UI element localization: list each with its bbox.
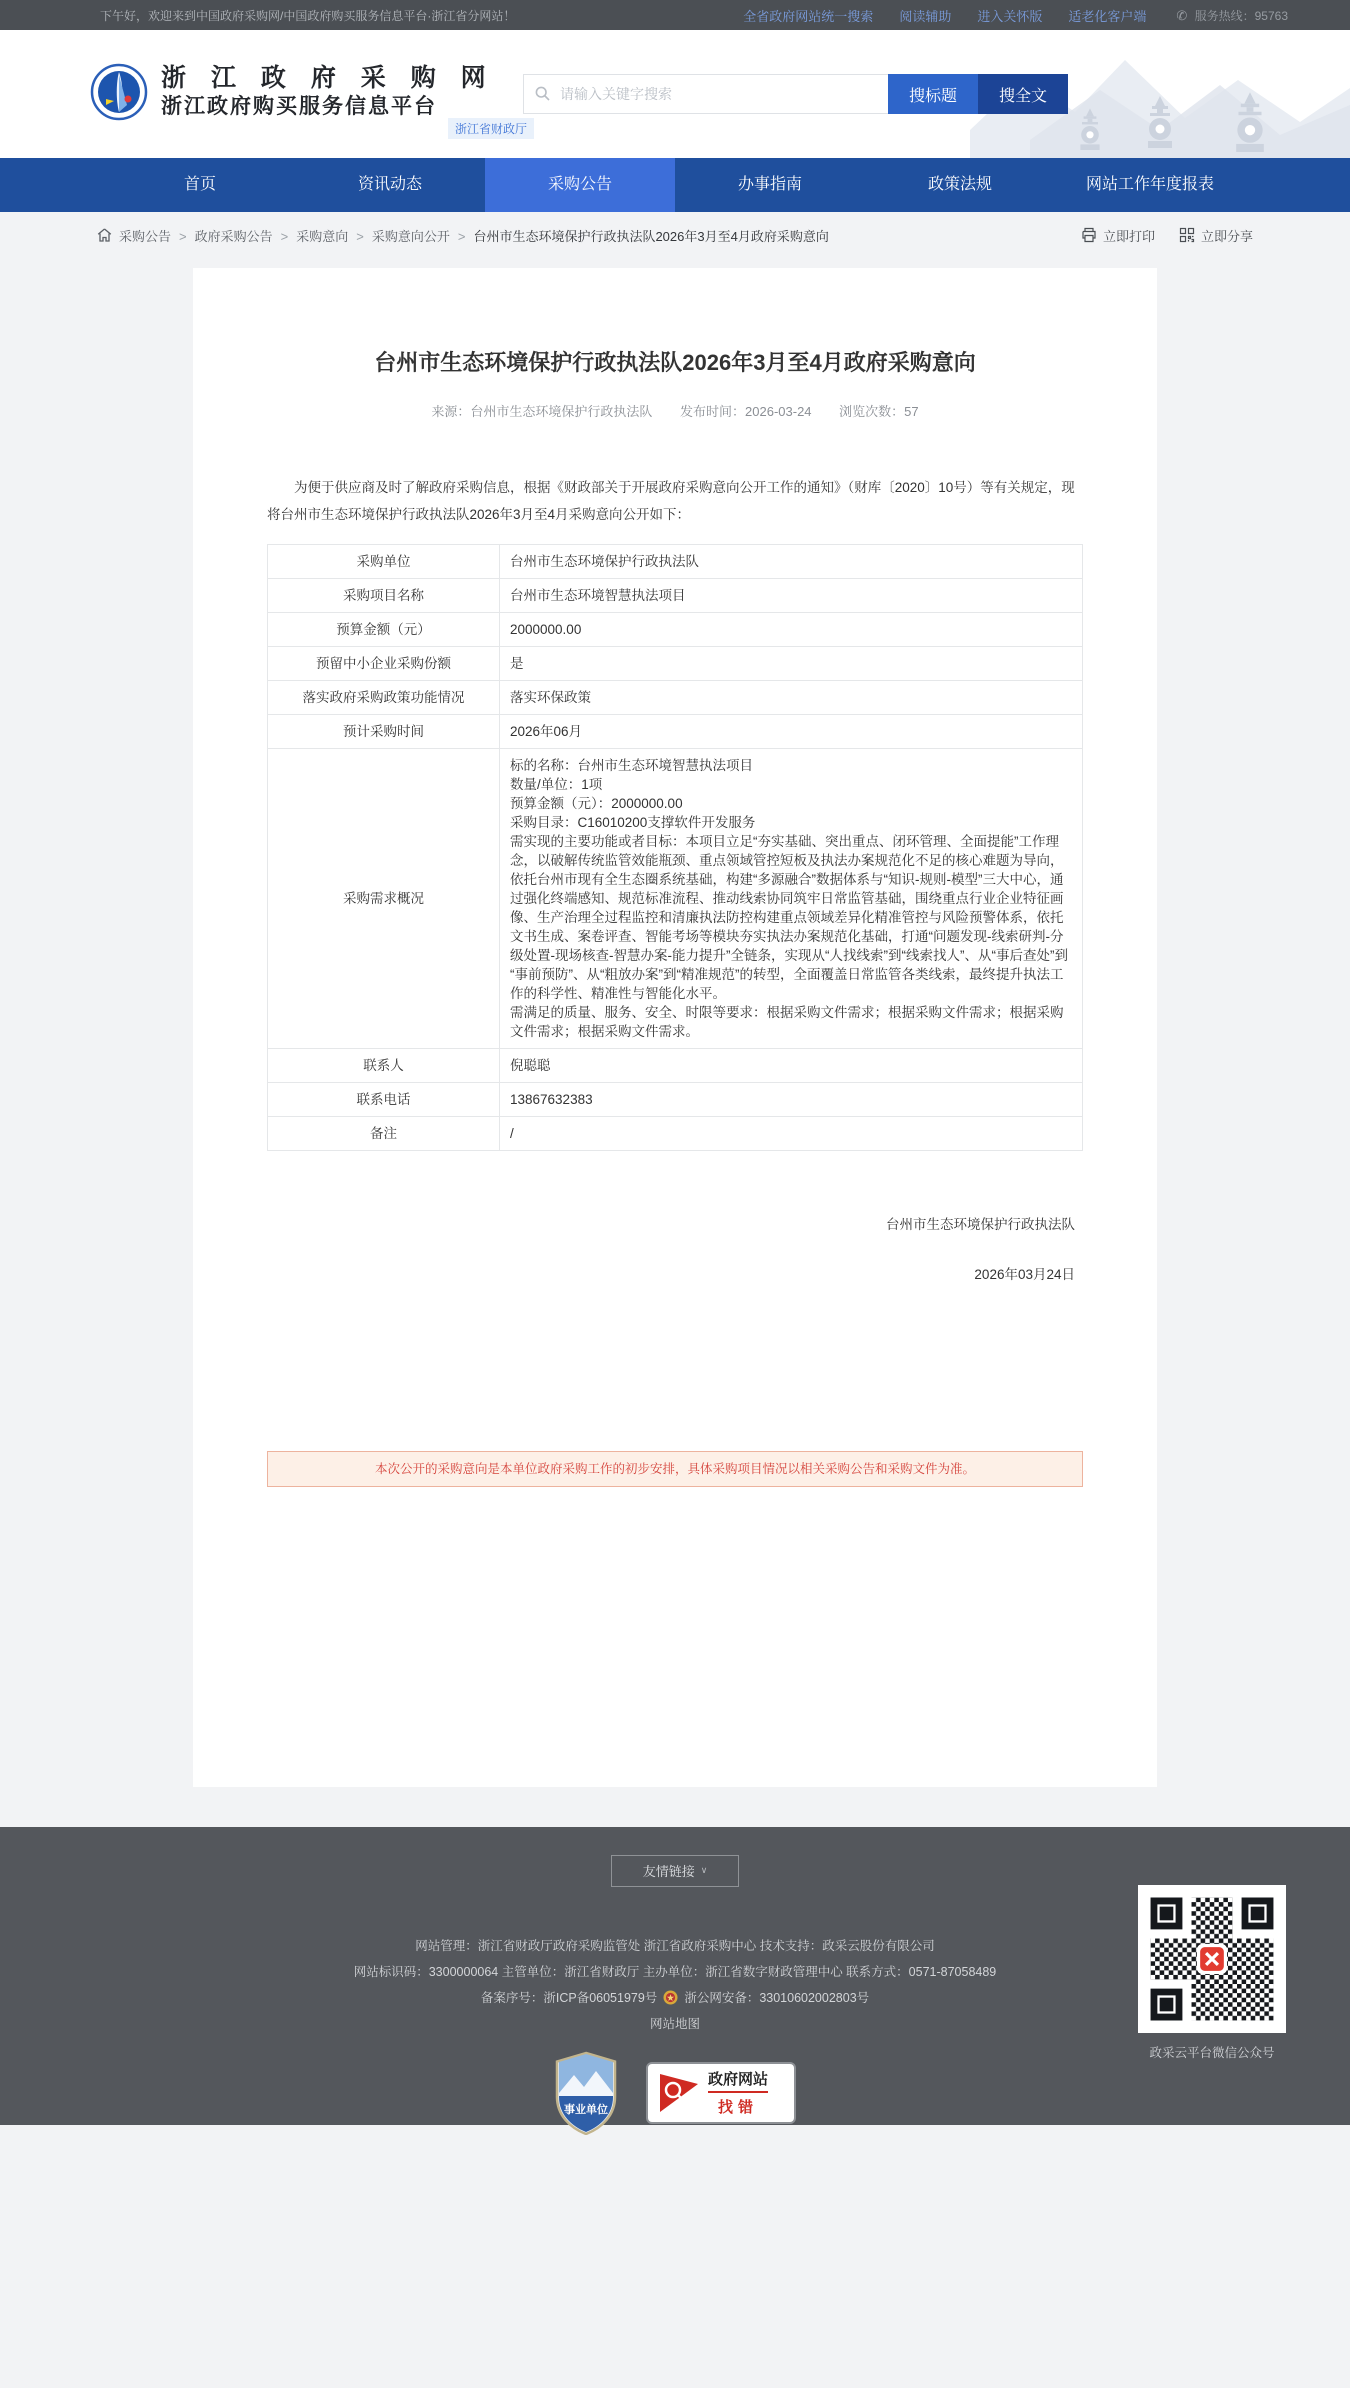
publish-time-label: 发布时间： — [680, 404, 745, 419]
wechat-qr-code — [1138, 1885, 1286, 2033]
table-row: 联系电话 13867632383 — [268, 1082, 1083, 1116]
share-button[interactable]: 立即分享 — [1179, 226, 1253, 245]
demand-text: 标的名称：台州市生态环境智慧执法项目 数量/单位：1项 预算金额（元）：2000… — [500, 748, 1083, 1048]
public-institution-badge-label: 事业单位 — [564, 2102, 608, 2116]
site-logo-emblem-icon — [90, 63, 148, 121]
table-row: 预计采购时间 2026年06月 — [268, 714, 1083, 748]
row-value: 台州市生态环境智慧执法项目 — [500, 578, 1083, 612]
site-title: 浙 江 政 府 采 购 网 — [161, 63, 495, 93]
welcome-text: 下午好，欢迎来到中国政府采购网/中国政府购买服务信息平台·浙江省分网站！ — [100, 7, 717, 24]
nav-item-procurement-announcements[interactable]: 采购公告 — [485, 158, 675, 212]
row-label: 预留中小企业采购份额 — [268, 646, 500, 680]
search-bar: 搜标题 搜全文 — [523, 74, 1068, 114]
hotline-number: 95763 — [1255, 9, 1288, 23]
topbar-link-reading-aid[interactable]: 阅读辅助 — [899, 6, 951, 25]
breadcrumb-item-intent-public[interactable]: 采购意向公开 — [348, 226, 450, 245]
phone-icon: ✆ — [1176, 8, 1187, 23]
table-row: 采购单位 台州市生态环境保护行政执法队 — [268, 544, 1083, 578]
nav-item-annual-report[interactable]: 网站工作年度报表 — [1055, 158, 1245, 212]
row-label: 落实政府采购政策功能情况 — [268, 680, 500, 714]
row-label: 联系电话 — [268, 1082, 500, 1116]
remark-value: / — [500, 1116, 1083, 1150]
service-hotline: ✆ 服务热线：95763 — [1176, 7, 1288, 24]
utility-topbar: 下午好，欢迎来到中国政府采购网/中国政府购买服务信息平台·浙江省分网站！ 全省政… — [0, 0, 1350, 30]
dept-badge: 浙江省财政厅 — [448, 118, 534, 139]
breadcrumb-item-current: 台州市生态环境保护行政执法队2026年3月至4月政府采购意向 — [450, 226, 829, 245]
contact-phone: 13867632383 — [500, 1082, 1083, 1116]
error-report-line1: 政府网站 — [708, 2068, 768, 2093]
table-row: 预算金额（元） 2000000.00 — [268, 612, 1083, 646]
breadcrumb-item-intent[interactable]: 采购意向 — [273, 226, 349, 245]
views-label: 浏览次数： — [839, 404, 904, 419]
hotline-label: 服务热线： — [1195, 9, 1255, 23]
row-value: 2000000.00 — [500, 612, 1083, 646]
row-value: 2026年06月 — [500, 714, 1083, 748]
table-row: 联系人 倪聪聪 — [268, 1048, 1083, 1082]
publish-time-value: 2026-03-24 — [745, 404, 812, 419]
topbar-link-elderly-client[interactable]: 适老化客户端 — [1068, 6, 1146, 25]
source-label: 来源： — [431, 404, 470, 419]
row-value: 落实环保政策 — [500, 680, 1083, 714]
nav-item-news[interactable]: 资讯动态 — [295, 158, 485, 212]
footer-badges: 事业单位 政府网站 找错 — [0, 2051, 1350, 2135]
site-logo[interactable]: 浙 江 政 府 采 购 网 浙江政府购买服务信息平台 — [90, 63, 495, 121]
main-nav: 首页 资讯动态 采购公告 办事指南 政策法规 网站工作年度报表 — [0, 158, 1350, 212]
row-label: 备注 — [268, 1116, 500, 1150]
friend-links-dropdown[interactable]: 友情链接 — [611, 1855, 739, 1887]
table-row: 预留中小企业采购份额 是 — [268, 646, 1083, 680]
police-emblem-icon — [663, 1990, 678, 2005]
article-intro: 为便于供应商及时了解政府采购信息，根据《财政部关于开展政府采购意向公开工作的通知… — [267, 474, 1083, 528]
printer-icon — [1081, 227, 1097, 243]
article-meta: 来源：台州市生态环境保护行政执法队 发布时间：2026-03-24 浏览次数：5… — [267, 401, 1083, 420]
icp-record-link[interactable]: 备案序号：浙ICP备06051979号 — [481, 1985, 657, 2011]
wechat-qr-block: 政采云平台微信公众号 — [1138, 1885, 1286, 2061]
search-input[interactable] — [523, 74, 888, 114]
public-institution-badge[interactable]: 事业单位 — [554, 2051, 618, 2135]
source-value: 台州市生态环境保护行政执法队 — [470, 404, 652, 419]
demand-label: 采购需求概况 — [268, 748, 500, 1048]
site-header: 浙 江 政 府 采 购 网 浙江政府购买服务信息平台 浙江省财政厅 搜标题 搜全… — [0, 30, 1350, 158]
table-row-demand: 采购需求概况 标的名称：台州市生态环境智慧执法项目 数量/单位：1项 预算金额（… — [268, 748, 1083, 1048]
search-title-button[interactable]: 搜标题 — [888, 74, 978, 114]
signature-org: 台州市生态环境保护行政执法队 — [267, 1213, 1075, 1233]
website-error-report-badge[interactable]: 政府网站 找错 — [646, 2062, 796, 2124]
error-report-line2: 找错 — [718, 2096, 758, 2117]
nav-item-service-guide[interactable]: 办事指南 — [675, 158, 865, 212]
procurement-table: 采购单位 台州市生态环境保护行政执法队 采购项目名称 台州市生态环境智慧执法项目… — [267, 544, 1083, 1151]
topbar-link-care-version[interactable]: 进入关怀版 — [977, 6, 1042, 25]
breadcrumb: 采购公告 政府采购公告 采购意向 采购意向公开 台州市生态环境保护行政执法队20… — [97, 212, 1253, 258]
row-label: 联系人 — [268, 1048, 500, 1082]
error-report-flag-icon — [656, 2070, 702, 2116]
print-button[interactable]: 立即打印 — [1081, 226, 1155, 245]
site-subtitle: 浙江政府购买服务信息平台 — [161, 93, 495, 121]
row-label: 采购项目名称 — [268, 578, 500, 612]
search-fulltext-button[interactable]: 搜全文 — [978, 74, 1068, 114]
police-record-link[interactable]: 浙公网安备：33010602002803号 — [684, 1985, 869, 2011]
signature-date: 2026年03月24日 — [267, 1263, 1075, 1283]
table-row: 备注 / — [268, 1116, 1083, 1150]
search-icon — [535, 86, 550, 101]
breadcrumb-item-gov-announcements[interactable]: 政府采购公告 — [171, 226, 273, 245]
article-card: 台州市生态环境保护行政执法队2026年3月至4月政府采购意向 来源：台州市生态环… — [193, 268, 1157, 1787]
views-value: 57 — [904, 404, 918, 419]
contact-person: 倪聪聪 — [500, 1048, 1083, 1082]
wechat-qr-caption: 政采云平台微信公众号 — [1138, 2043, 1286, 2061]
row-label: 预算金额（元） — [268, 612, 500, 646]
row-label: 采购单位 — [268, 544, 500, 578]
row-value: 台州市生态环境保护行政执法队 — [500, 544, 1083, 578]
qr-share-icon — [1179, 227, 1195, 243]
article-title: 台州市生态环境保护行政执法队2026年3月至4月政府采购意向 — [267, 347, 1083, 379]
nav-item-home[interactable]: 首页 — [105, 158, 295, 212]
table-row: 采购项目名称 台州市生态环境智慧执法项目 — [268, 578, 1083, 612]
disclaimer-notice: 本次公开的采购意向是本单位政府采购工作的初步安排，具体采购项目情况以相关采购公告… — [267, 1451, 1083, 1487]
breadcrumb-item-announcements[interactable]: 采购公告 — [119, 226, 171, 245]
signature-block: 台州市生态环境保护行政执法队 2026年03月24日 — [267, 1213, 1083, 1283]
site-logo-text: 浙 江 政 府 采 购 网 浙江政府购买服务信息平台 — [161, 63, 495, 121]
topbar-link-unified-search[interactable]: 全省政府网站统一搜索 — [743, 6, 873, 25]
table-row: 落实政府采购政策功能情况 落实环保政策 — [268, 680, 1083, 714]
site-footer: 友情链接 网站管理：浙江省财政厅政府采购监管处 浙江省政府采购中心 技术支持：政… — [0, 1827, 1350, 2125]
row-label: 预计采购时间 — [268, 714, 500, 748]
row-value: 是 — [500, 646, 1083, 680]
nav-item-policies[interactable]: 政策法规 — [865, 158, 1055, 212]
home-icon[interactable] — [97, 228, 112, 242]
